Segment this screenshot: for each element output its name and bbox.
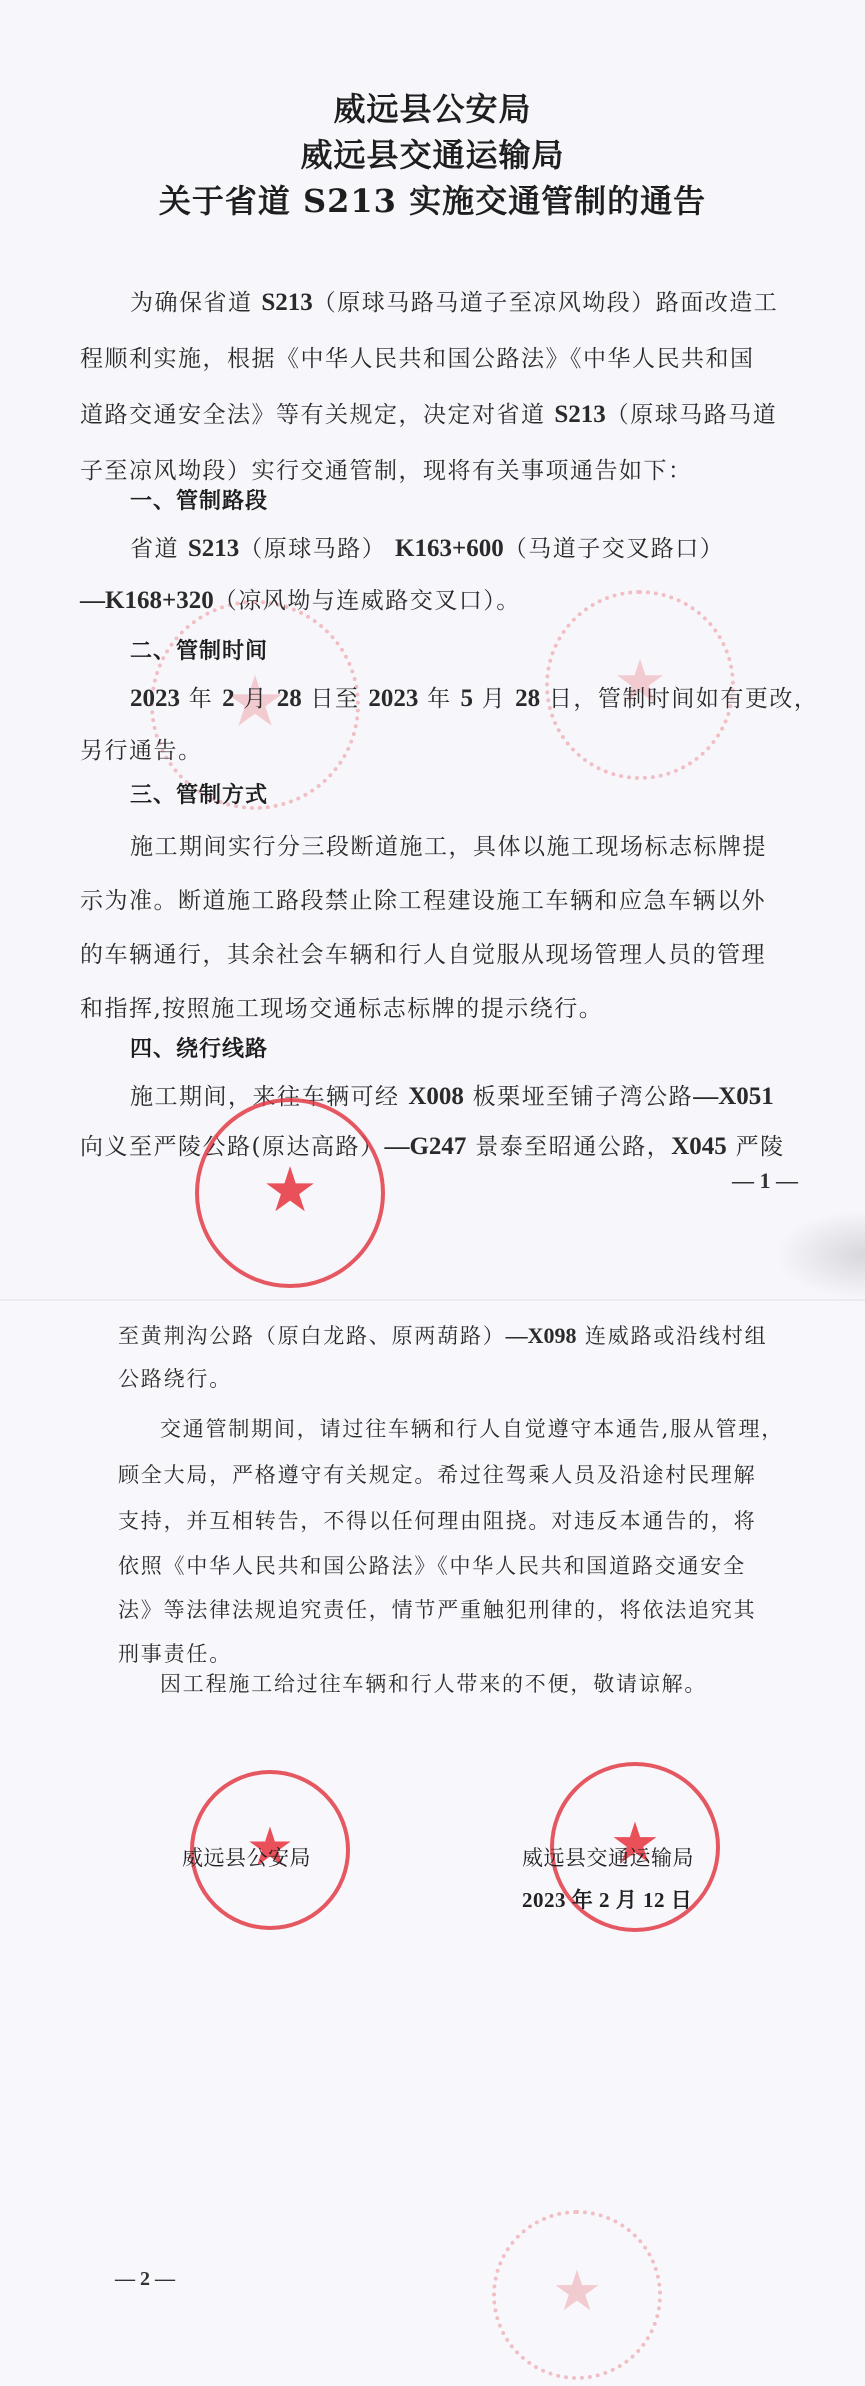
closing-line-5: 法》等法律法规追究责任，情节严重触犯刑律的，将依法追究其: [118, 1594, 756, 1624]
page-number-1: — 1 —: [732, 1168, 798, 1194]
transport-bureau-seal: ★: [195, 1098, 385, 1288]
faint-seal-bottom: ★: [492, 2210, 662, 2380]
closing-line-6: 刑事责任。: [118, 1638, 232, 1668]
signature-police-bureau: 威远县公安局: [182, 1842, 311, 1872]
signature-transport-bureau: 威远县交通运输局: [522, 1842, 694, 1872]
section-1-line-1: 省道 S213（原球马路） K163+600（马道子交叉路口）: [130, 530, 724, 563]
section-1-line-2: —K168+320（凉风坳与连威路交叉口）。: [80, 582, 521, 615]
section-4-line-3: 至黄荆沟公路（原白龙路、原两葫路）—X098 连威路或沿线村组: [118, 1320, 767, 1350]
section-4-line-4: 公路绕行。: [118, 1363, 232, 1393]
closing-line-3: 支持，并互相转告，不得以任何理由阻挠。对违反本通告的，将: [118, 1505, 756, 1535]
page-divider: [0, 1299, 865, 1301]
section-heading-3: 三、管制方式: [130, 778, 268, 809]
intro-line-1: 为确保省道 S213（原球马路马道子至凉风坳段）路面改造工: [130, 284, 778, 317]
section-2-line-1: 2023 年 2 月 28 日至 2023 年 5 月 28 日，管制时间如有更…: [130, 680, 818, 713]
intro-line-4: 子至凉风坳段）实行交通管制，现将有关事项通告如下：: [80, 452, 693, 485]
page-title: 关于省道 S213 实施交通管制的通告: [0, 176, 865, 222]
intro-line-3: 道路交通安全法》等有关规定，决定对省道 S213（原球马路马道: [80, 396, 777, 429]
title-issuer-2: 威远县交通运输局: [0, 130, 865, 176]
section-heading-2: 二、管制时间: [130, 634, 268, 665]
closing-line-7: 因工程施工给过往车辆和行人带来的不便，敬请谅解。: [160, 1668, 707, 1698]
closing-line-2: 顾全大局，严格遵守有关规定。希过往驾乘人员及沿途村民理解: [118, 1459, 756, 1489]
section-heading-4: 四、绕行线路: [130, 1032, 268, 1063]
title-issuer-1: 威远县公安局: [0, 84, 865, 130]
section-3-line-3: 的车辆通行，其余社会车辆和行人自觉服从现场管理人员的管理: [80, 936, 766, 969]
section-3-line-2: 示为准。断道施工路段禁止除工程建设施工车辆和应急车辆以外: [80, 882, 766, 915]
star-icon: ★: [262, 1159, 318, 1221]
star-icon: ★: [552, 2264, 602, 2320]
issue-date: 2023 年 2 月 12 日: [522, 1884, 692, 1914]
closing-line-4: 依照《中华人民共和国公路法》《中华人民共和国道路交通安全: [118, 1550, 746, 1580]
section-heading-1: 一、管制路段: [130, 484, 268, 515]
intro-line-2: 程顺利实施，根据《中华人民共和国公路法》《中华人民共和国: [80, 340, 755, 373]
section-2-line-2: 另行通告。: [80, 732, 203, 765]
page-number-2: — 2 —: [115, 2268, 175, 2291]
section-3-line-1: 施工期间实行分三段断道施工，具体以施工现场标志标牌提: [130, 828, 767, 861]
section-3-line-4: 和指挥,按照施工现场交通标志标牌的提示绕行。: [80, 990, 603, 1023]
closing-line-1: 交通管制期间，请过往车辆和行人自觉遵守本通告,服从管理，: [160, 1413, 784, 1443]
section-4-line-2: 向义至严陵公路(原达高路）—G247 景泰至昭通公路，X045 严陵: [80, 1128, 785, 1161]
section-4-line-1: 施工期间，来往车辆可经 X008 板栗垭至铺子湾公路—X051: [130, 1078, 774, 1111]
